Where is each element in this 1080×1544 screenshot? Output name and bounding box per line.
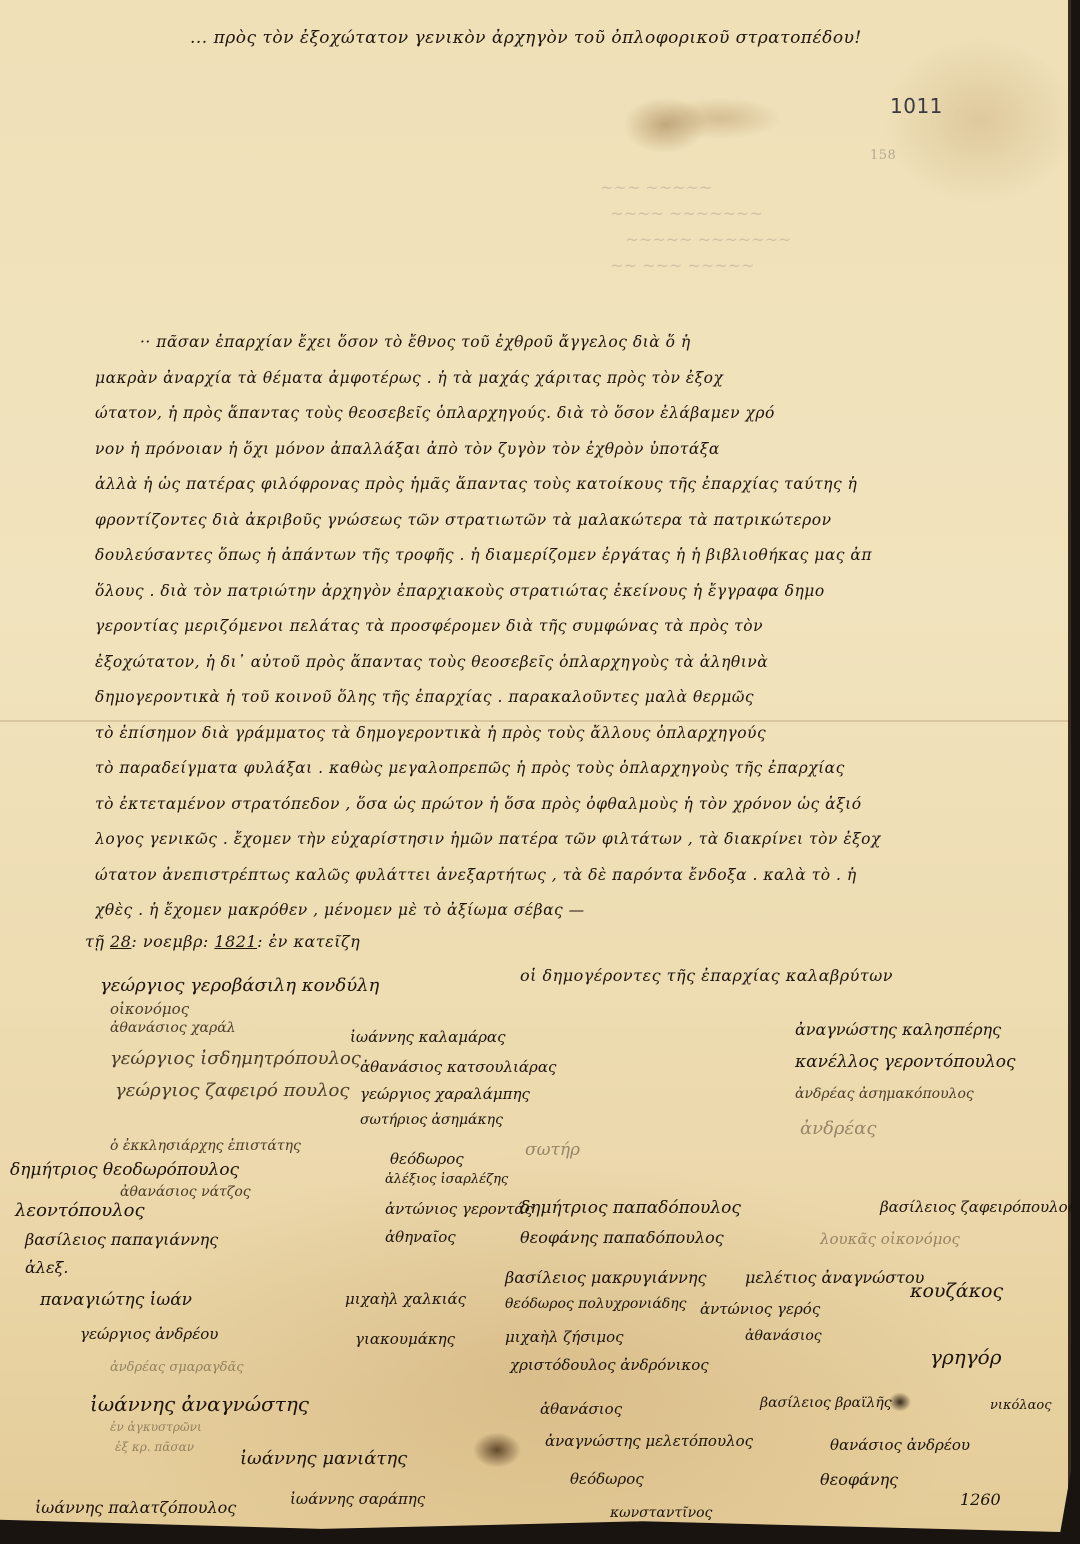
signature: γεώργιος ἰσδημητρόπουλος [110, 1048, 361, 1069]
signature: ἀντώνιος γερός [700, 1300, 820, 1318]
signature: νικόλαος [990, 1398, 1051, 1413]
signature: βασίλειος παπαγιάννης [25, 1230, 218, 1249]
signature: ἀθανάσιος νάτζος [120, 1184, 251, 1200]
signature: 1260 [960, 1490, 1001, 1509]
signature: δημήτριος θεοδωρόπουλος [10, 1160, 239, 1180]
body-line: τὸ ἐκτεταμένον στρατόπεδον , ὅσα ὡς πρώτ… [95, 795, 1075, 831]
archive-number: 1011 [890, 94, 943, 118]
signature: σωτήρ [525, 1140, 580, 1160]
body-line: δουλεύσαντες ὅπως ἡ ἀπάντων τῆς τροφῆς .… [95, 546, 1075, 582]
signature: θεόδωρος πολυχρονιάδης [505, 1296, 686, 1312]
body-line: ώτατον ἀνεπιστρέπτως καλῶς φυλάττει ἀνεξ… [95, 866, 1075, 902]
signature: κανέλλος γεροντόπουλος [795, 1052, 1016, 1072]
signature: ἀναγνώστης μελετόπουλος [545, 1432, 753, 1450]
date-day: 28 [110, 932, 131, 951]
signature: ἀνδρέας [800, 1118, 876, 1139]
signature: μιχαὴλ ζήσιμος [505, 1328, 624, 1346]
signature: βασίλειος μακρυγιάννης [505, 1268, 706, 1287]
header-line: ... πρὸς τὸν ἐξοχώτατον γενικὸν ἀρχηγὸν … [190, 28, 862, 48]
signature: δημήτριος παπαδόπουλος [520, 1198, 741, 1218]
date-month: νοεμβρ: [143, 932, 209, 951]
signature: ἀθανάσιος κατσουλιάρας [360, 1058, 556, 1076]
signature: θεόδωρος [390, 1150, 464, 1168]
signature: ἀλέξιος ἰσαρλέζης [385, 1172, 508, 1187]
signature: σωτήριος ἀσημάκης [360, 1112, 503, 1128]
signature: κωνσταντῖνος [610, 1505, 712, 1521]
signature: βασίλειος βραϊλῆς [760, 1395, 892, 1411]
signature: ἰωάννης ἀναγνώστης [90, 1392, 309, 1416]
signature: οἰκονόμος [110, 1000, 189, 1018]
signature: ἰωάννης μανιάτης [240, 1448, 407, 1469]
signature: βασίλειος ζαφειρόπουλος [880, 1198, 1076, 1216]
signature: μιχαὴλ χαλκιάς [345, 1290, 466, 1308]
body-line: τὸ ἐπίσημον διὰ γράμματος τὰ δημογεροντι… [95, 724, 1075, 760]
date-line: τῇ 28: νοεμβρ: 1821: ἐν κατεῖζη [85, 932, 360, 951]
signature: ἀνδρέας ἀσημακόπουλος [795, 1086, 974, 1102]
signature: χριστόδουλος ἀνδρόνικος [510, 1356, 709, 1374]
signature: θανάσιος ἀνδρέου [830, 1436, 970, 1454]
signature: ἀθανάσιος [745, 1328, 822, 1344]
archive-sub-number: 158 [870, 148, 896, 163]
body-line: δημογεροντικὰ ἡ τοῦ κοινοῦ ὅλης τῆς ἐπαρ… [95, 688, 1075, 724]
body-line: ἀλλὰ ἡ ὡς πατέρας φιλόφρονας πρὸς ἡμᾶς ἅ… [95, 475, 1075, 511]
signature: γιακουμάκης [355, 1330, 455, 1348]
signature: γεώργιος γεροβάσιλη κονδύλη [100, 975, 379, 996]
signature: θεοφάνης [820, 1470, 898, 1489]
signature: ἀθανάσιος χαράλ [110, 1020, 236, 1036]
manuscript-page: ~~~ ~~~~~ ~~~~ ~~~~~~~ ~~~~~ ~~~~~~~ ~~ … [0, 0, 1071, 1532]
body-line: ὅλους . διὰ τὸν πατριώτην ἀρχηγὸν ἐπαρχι… [95, 582, 1075, 618]
signature: ἐν ἀγκυστρῶνι [110, 1420, 202, 1434]
signature: γεώργιος χαραλάμπης [360, 1085, 530, 1103]
closing-line: οἱ δημογέροντες τῆς ἐπαρχίας καλαβρύτων [520, 966, 893, 985]
body-line: ἐξοχώτατον, ἡ δι᾽ αὐτοῦ πρὸς ἅπαντας τοὺ… [95, 653, 1075, 689]
signature: γεώργιος ζαφειρό πουλος [115, 1080, 349, 1101]
signature: ἀθανάσιος [540, 1400, 622, 1418]
body-line: ώτατον, ἡ πρὸς ἅπαντας τοὺς θεοσεβεῖς ὁπ… [95, 404, 1075, 440]
body-line: νον ἡ πρόνοιαν ἡ ὅχι μόνον ἀπαλλάξαι ἀπὸ… [95, 440, 1075, 476]
body-line: μακρὰν ἀναρχία τὰ θέματα ἀμφοτέρως . ἡ τ… [95, 369, 1075, 405]
signature: λεοντόπουλος [15, 1200, 145, 1221]
body-line: ·· πᾶσαν ἐπαρχίαν ἔχει ὅσον τὸ ἔθνος τοῦ… [95, 333, 1075, 369]
signature: λουκᾶς οἰκονόμος [820, 1230, 960, 1248]
signature: θεόδωρος [570, 1470, 644, 1488]
signature: ἀλεξ. [25, 1258, 68, 1277]
signature: κουζάκος [910, 1280, 1003, 1302]
date-year: 1821 [214, 932, 257, 951]
letter-body: ·· πᾶσαν ἐπαρχίαν ἔχει ὅσον τὸ ἔθνος τοῦ… [95, 333, 1075, 937]
signature: ἀναγνώστης καλησπέρης [795, 1020, 1001, 1039]
body-line: φροντίζοντες διὰ ἀκριβοῦς γνώσεως τῶν στ… [95, 511, 1075, 547]
date-place: ἐν κατεῖζη [269, 932, 361, 951]
bleed-through-text: ~~~ ~~~~~ ~~~~ ~~~~~~~ ~~~~~ ~~~~~~~ ~~ … [600, 175, 791, 279]
body-line: λογος γενικῶς . ἔχομεν τὴν εὐχαρίστησιν … [95, 830, 1075, 866]
signature: ἀντώνιος γεροντάς [385, 1200, 533, 1218]
signature: ἀθηναῖος [385, 1228, 456, 1246]
signature: παναγιώτης ἰωάν [40, 1290, 192, 1310]
signature: θεοφάνης παπαδόπουλος [520, 1228, 724, 1247]
signature: γεώργιος ἀνδρέου [80, 1325, 218, 1343]
body-line: τὸ παραδείγματα φυλάξαι . καθὼς μεγαλοπρ… [95, 759, 1075, 795]
signature: ἐξ κρ. πᾶσαν [115, 1440, 194, 1454]
signature: ἰωάννης παλατζόπουλος [35, 1498, 236, 1517]
signature: ἰωάννης σαράπης [290, 1490, 425, 1508]
body-line: γεροντίας μεριζόμενοι πελάτας τὰ προσφέρ… [95, 617, 1075, 653]
signature: ὁ ἐκκλησιάρχης ἐπιστάτης [110, 1138, 301, 1154]
signature: ἀνδρέας σμαραγδᾶς [110, 1360, 244, 1375]
signature: γρηγόρ [930, 1345, 1001, 1369]
signature: ἰωάννης καλαμάρας [350, 1028, 505, 1046]
signature: μελέτιος ἀναγνώστου [745, 1268, 924, 1287]
date-prefix: τῇ [85, 932, 104, 951]
